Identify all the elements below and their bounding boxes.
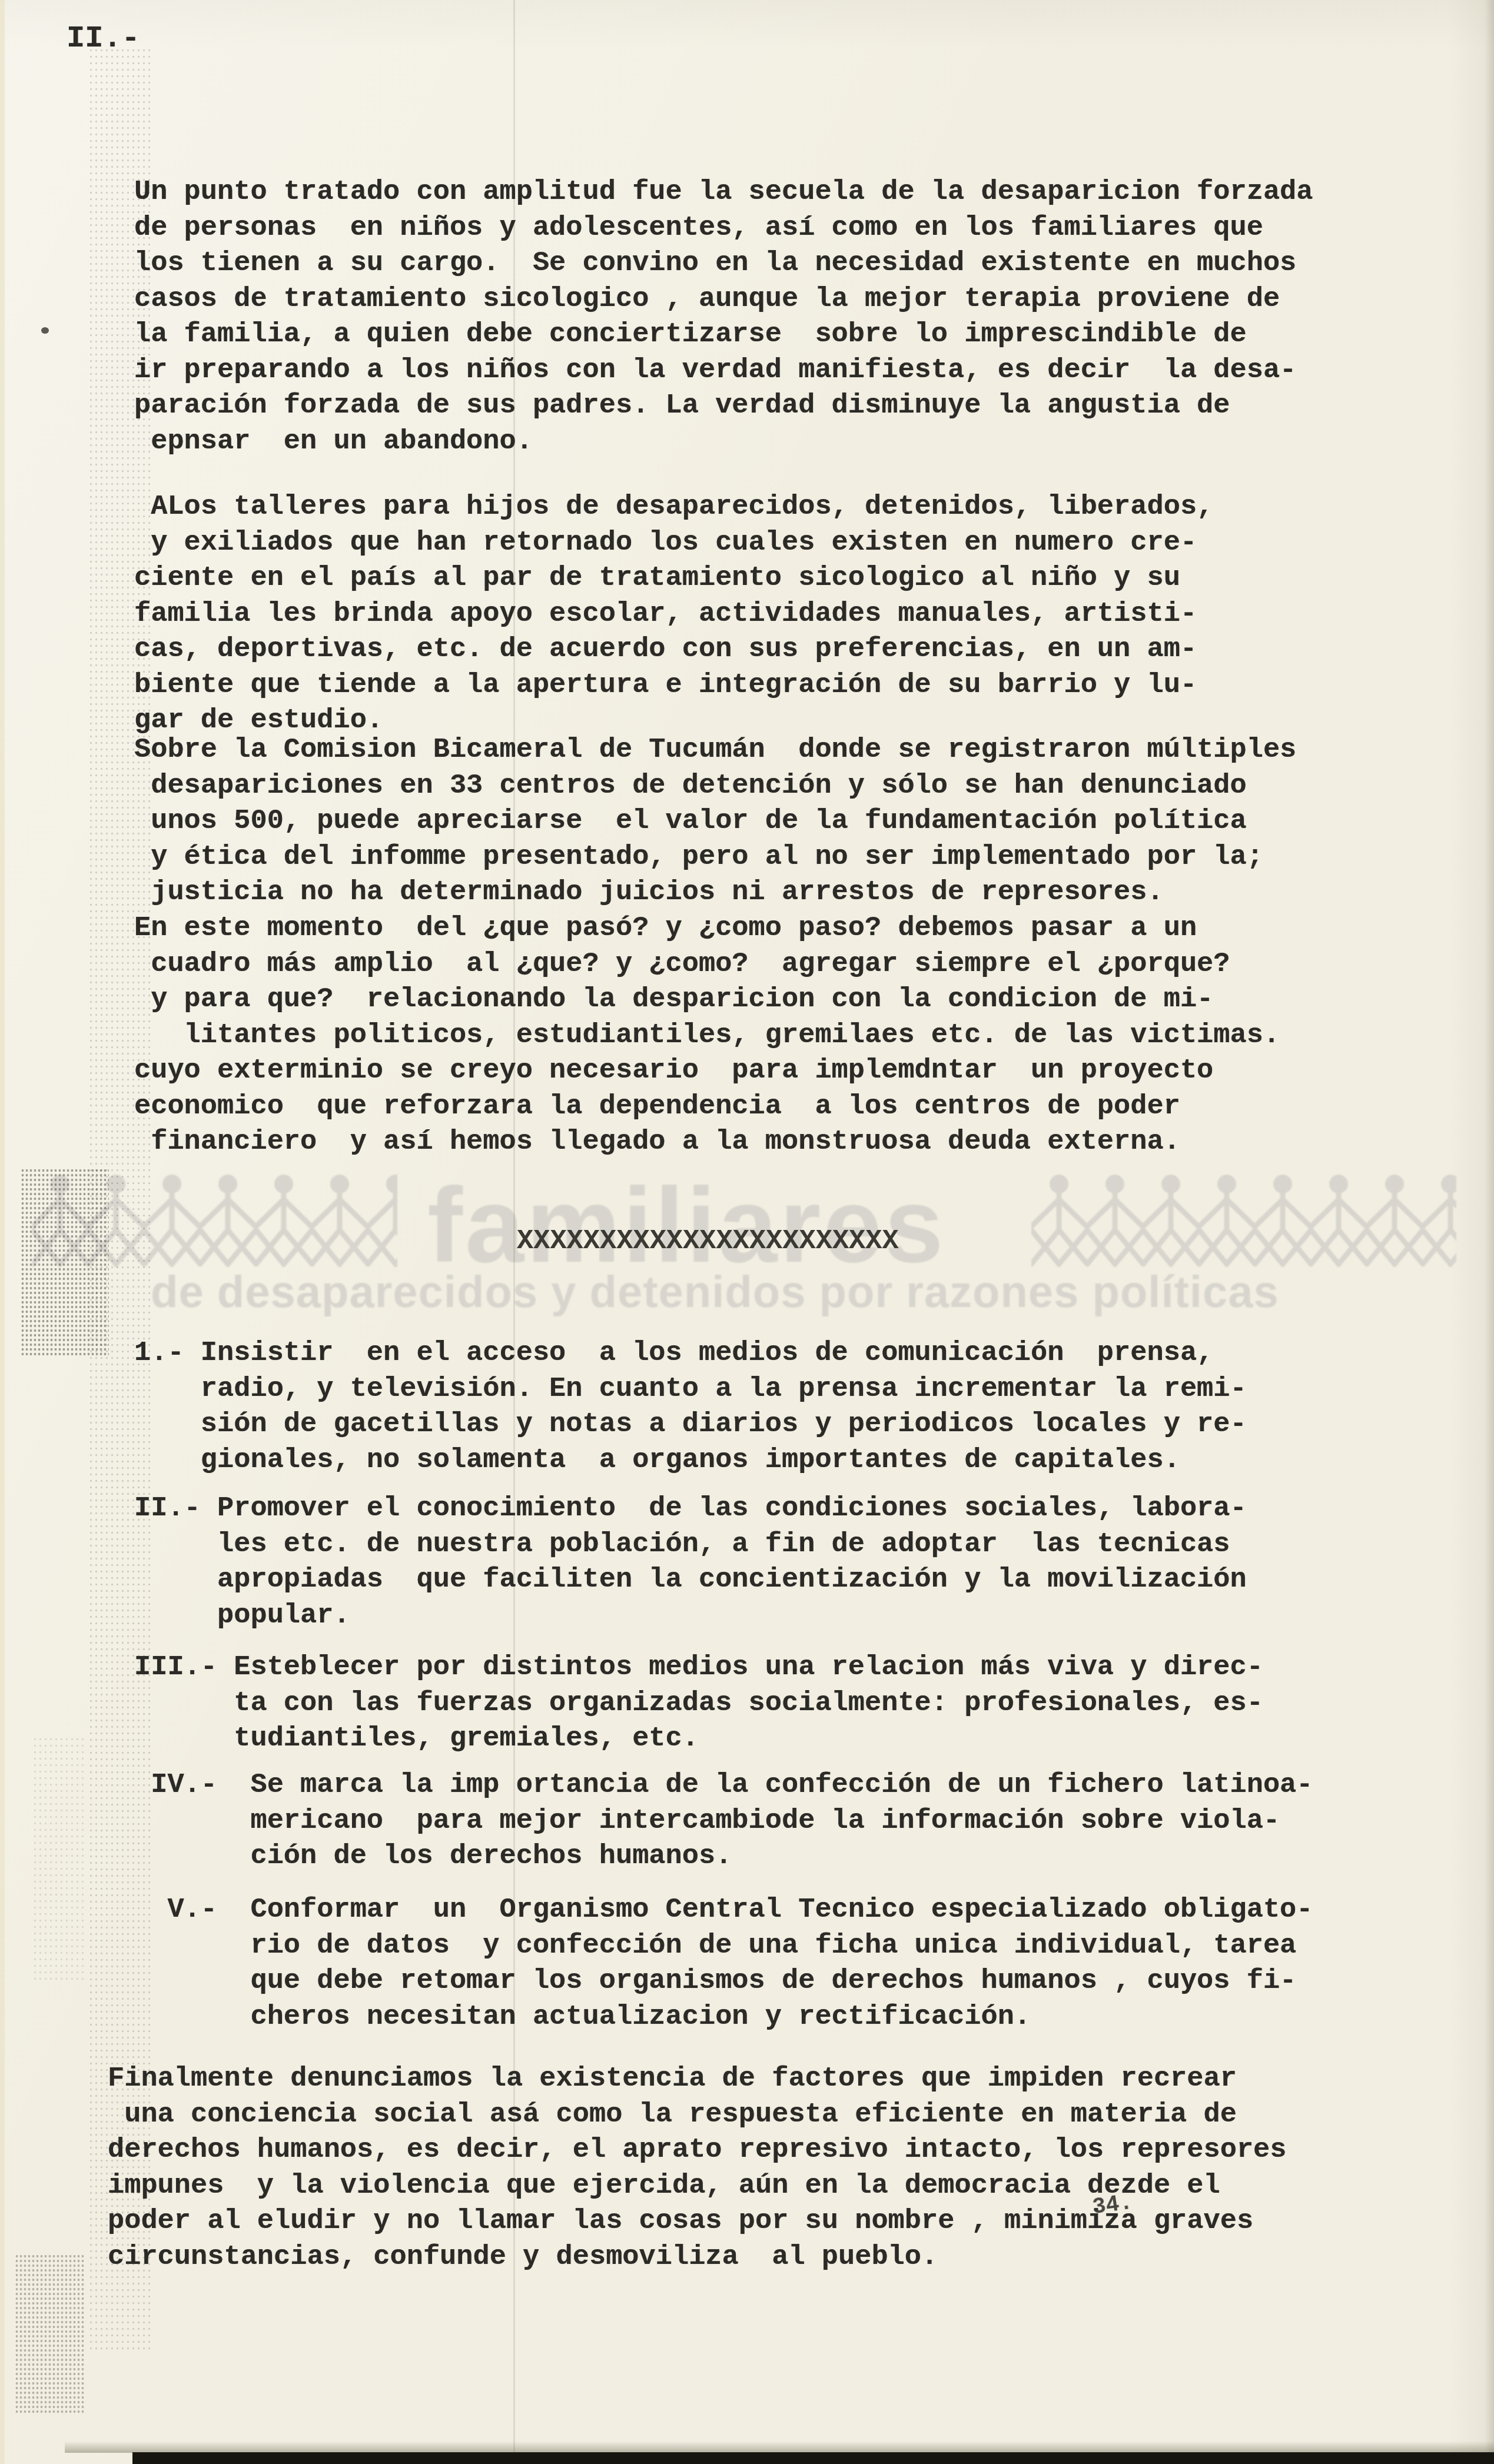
paper-fold-line (513, 0, 515, 2464)
scanned-document-page: familiares de desaparecidos y detenidos … (0, 0, 1494, 2464)
text-line: epnsar en un abandono. (134, 424, 1313, 460)
paragraph-talleres: ALos talleres para hijos de desaparecido… (134, 490, 1213, 739)
text-line: popular. (134, 1598, 1247, 1634)
list-item-3-establecer: III.- Esteblecer por distintos medios un… (134, 1650, 1263, 1757)
text-line: ta con las fuerzas organizadas socialmen… (134, 1686, 1263, 1722)
text-line: circunstancias, confunde y desmoviliza a… (108, 2240, 1287, 2276)
watermark-subtitle: de desaparecidos y detenidos por razones… (151, 1269, 1279, 1316)
scanner-black-bar (132, 2452, 1494, 2464)
text-line: que debe retomar los organismos de derec… (134, 1964, 1313, 2000)
text-line: ción de los derechos humanos. (134, 1839, 1313, 1875)
text-line: gionales, no solamenta a organos importa… (134, 1443, 1247, 1479)
paragraph-secuela: Un punto tratado con amplitud fue la sec… (134, 175, 1313, 460)
text-line: En este momento del ¿que pasó? y ¿como p… (134, 911, 1280, 947)
text-line: ciente en el país al par de tratamiento … (134, 561, 1213, 597)
ink-dot (41, 327, 49, 334)
text-line: casos de tratamiento sicologico , aunque… (134, 282, 1313, 318)
paper-doll-chain-right-icon (1031, 1170, 1456, 1267)
text-line: litantes politicos, estudiantiles, gremi… (134, 1018, 1280, 1054)
text-line: les etc. de nuestra población, a fin de … (134, 1527, 1247, 1563)
paragraph-finalmente: Finalmente denunciamos la existencia de … (108, 2061, 1287, 2275)
text-line: cas, deportivas, etc. de acuerdo con sus… (134, 632, 1213, 668)
text-line: los tienen a su cargo. Se convino en la … (134, 246, 1313, 282)
list-item-4-fichero: IV.- Se marca la imp ortancia de la conf… (134, 1768, 1313, 1875)
text-line: financiero y así hemos llegado a la mons… (134, 1125, 1280, 1160)
text-line: y para que? relacionando la desparicion … (134, 982, 1280, 1018)
text-line: sión de gacetillas y notas a diarios y p… (134, 1407, 1247, 1443)
typed-x-separator: XXXXXXXXXXXXXXXXXXXXXXX (517, 1224, 899, 1260)
list-item-1-medios: 1.- Insistir en el acceso a los medios d… (134, 1336, 1247, 1478)
scan-noise-cluster-mid (32, 1736, 85, 1983)
text-line: desapariciones en 33 centros de detenció… (134, 769, 1296, 804)
text-line: II.- Promover el conocimiento de las con… (134, 1491, 1247, 1527)
text-line: paración forzada de sus padres. La verda… (134, 388, 1313, 424)
text-line: ALos talleres para hijos de desaparecido… (134, 490, 1213, 526)
handwritten-number-annotation: 34. (1091, 2191, 1134, 2220)
scan-noise-cluster-watermark (21, 1168, 109, 1356)
list-item-2-promover: II.- Promover el conocimiento de las con… (134, 1491, 1247, 1634)
text-line: derechos humanos, es decir, el aprato re… (108, 2133, 1287, 2169)
paragraph-que-paso: En este momento del ¿que pasó? y ¿como p… (134, 911, 1280, 1160)
text-line: Un punto tratado con amplitud fue la sec… (134, 175, 1313, 211)
text-line: una conciencia social asá como la respue… (108, 2097, 1287, 2133)
list-item-5-organismo-central: V.- Conformar un Organismo Central Tecni… (134, 1893, 1313, 2035)
text-line: cuadro más amplio al ¿que? y ¿como? agre… (134, 947, 1280, 983)
scan-noise-cluster-bottom (15, 2254, 85, 2413)
text-line: mericano para mejor intercambiode la inf… (134, 1804, 1313, 1840)
text-line: la familia, a quien debe conciertizarse … (134, 317, 1313, 353)
text-line: III.- Esteblecer por distintos medios un… (134, 1650, 1263, 1686)
text-line: apropiadas que faciliten la concientizac… (134, 1562, 1247, 1598)
text-line: economico que reforzara la dependencia a… (134, 1089, 1280, 1125)
text-line: radio, y televisión. En cuanto a la pren… (134, 1372, 1247, 1408)
page-edge-left-shade (0, 0, 5, 2464)
text-line: tudiantiles, gremiales, etc. (134, 1721, 1263, 1757)
text-line: cheros necesitan actualizacion y rectifi… (134, 2000, 1313, 2036)
text-line: unos 500, puede apreciarse el valor de l… (134, 804, 1296, 840)
text-line: biente que tiende a la apertura e integr… (134, 668, 1213, 704)
text-line: Finalmente denunciamos la existencia de … (108, 2061, 1287, 2097)
paragraph-comision-bicameral: Sobre la Comision Bicameral de Tucumán d… (134, 733, 1296, 911)
text-line: y exiliados que han retornado los cuales… (134, 526, 1213, 561)
text-line: rio de datos y confección de una ficha u… (134, 1928, 1313, 1964)
text-line: de personas en niños y adolescentes, así… (134, 211, 1313, 247)
page-edge-right-shade (1485, 0, 1494, 2464)
bottom-shadow-fade (65, 2441, 1494, 2453)
text-line: justicia no ha determinado juicios ni ar… (134, 875, 1296, 911)
text-line: cuyo exterminio se creyo necesario para … (134, 1053, 1280, 1089)
text-line: 1.- Insistir en el acceso a los medios d… (134, 1336, 1247, 1372)
text-line: y ética del infomme presentado, pero al … (134, 840, 1296, 876)
text-line: ir preparando a los niños con la verdad … (134, 353, 1313, 389)
text-line: Sobre la Comision Bicameral de Tucumán d… (134, 733, 1296, 769)
text-line: V.- Conformar un Organismo Central Tecni… (134, 1893, 1313, 1928)
text-line: IV.- Se marca la imp ortancia de la conf… (134, 1768, 1313, 1804)
text-line: familia les brinda apoyo escolar, activi… (134, 597, 1213, 633)
